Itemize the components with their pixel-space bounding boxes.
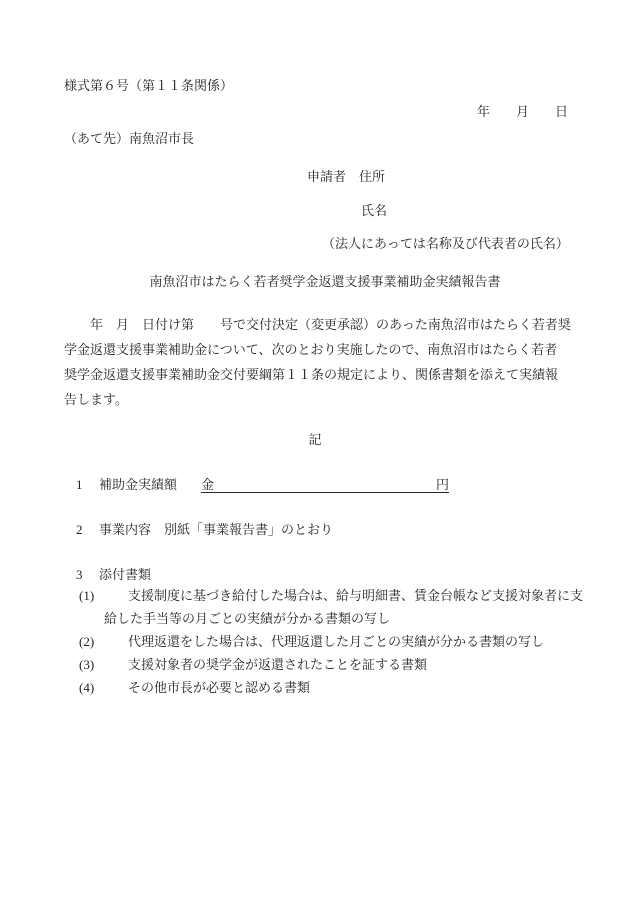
amount-suffix: 円 [436,477,449,492]
attachment-item: (2)代理返還をした場合は、代理返還した月ごとの実績が分かる書類の写し [79,634,544,650]
attachment-text: 代理返還をした場合は、代理返還した月ごとの実績が分かる書類の写し [128,634,544,649]
item-number: 1 [76,477,99,493]
body-paragraph-line: 年 月 日付け第 号で交付決定（変更承認）のあった南魚沼市はたらく若者奨 [64,317,571,333]
document-title: 南魚沼市はたらく若者奨学金返還支援事業補助金実績報告書 [10,274,630,290]
attachment-item: (1)支援制度に基づき給付した場合は、給与明細書、賃金台帳など支援対象者に支 [79,588,583,604]
attachment-number: (3) [79,657,128,673]
ki-marker: 記 [0,432,630,448]
item-attached-documents: 3添付書類 [76,567,151,583]
amount-prefix: 金 [201,477,214,492]
attachment-text: その他市長が必要と認める書類 [128,680,310,695]
form-number: 様式第６号（第１１条関係） [64,78,233,94]
body-paragraph-line: 奨学金返還支援事業補助金交付要綱第１１条の規定により、関係書類を添えて実績報 [64,367,558,383]
applicant-name-label: 氏名 [361,203,387,219]
attachment-number: (4) [79,680,128,696]
amount-fill-line: 金円 [201,477,449,493]
attachment-text: 支援制度に基づき給付した場合は、給与明細書、賃金台帳など支援対象者に支 [128,588,583,603]
applicant-address-label: 申請者 住所 [307,169,385,185]
item-label: 添付書類 [99,567,151,582]
item-text: 事業内容 別紙「事業報告書」のとおり [99,522,333,537]
item-label: 補助金実績額 [99,477,177,492]
item-number: 3 [76,567,99,583]
date-line: 年 月 日 [0,104,568,120]
item-subsidy-amount: 1補助金実績額金円 [76,477,449,493]
attachment-item: (4)その他市長が必要と認める書類 [79,680,310,696]
body-paragraph-line: 告します。 [64,392,128,408]
body-paragraph-line: 学金返還支援事業補助金について、次のとおり実施したので、南魚沼市はたらく若者 [64,342,557,358]
attachment-item: (3)支援対象者の奨学金が返還されたことを証する書類 [79,657,427,673]
item-number: 2 [76,522,99,538]
addressee: （あて先）南魚沼市長 [64,131,194,147]
attachment-number: (2) [79,634,128,650]
attachment-item-continuation: 給した手当等の月ごとの実績が分かる書類の写し [104,611,390,627]
document-page: 様式第６号（第１１条関係） 年 月 日 （あて先）南魚沼市長 申請者 住所 氏名… [0,0,630,903]
attachment-number: (1) [79,588,128,604]
item-business-content: 2事業内容 別紙「事業報告書」のとおり [76,522,333,538]
corporate-note: （法人にあっては名称及び代表者の氏名） [322,236,569,252]
attachment-text: 支援対象者の奨学金が返還されたことを証する書類 [128,657,427,672]
amount-blank-field [214,487,436,489]
